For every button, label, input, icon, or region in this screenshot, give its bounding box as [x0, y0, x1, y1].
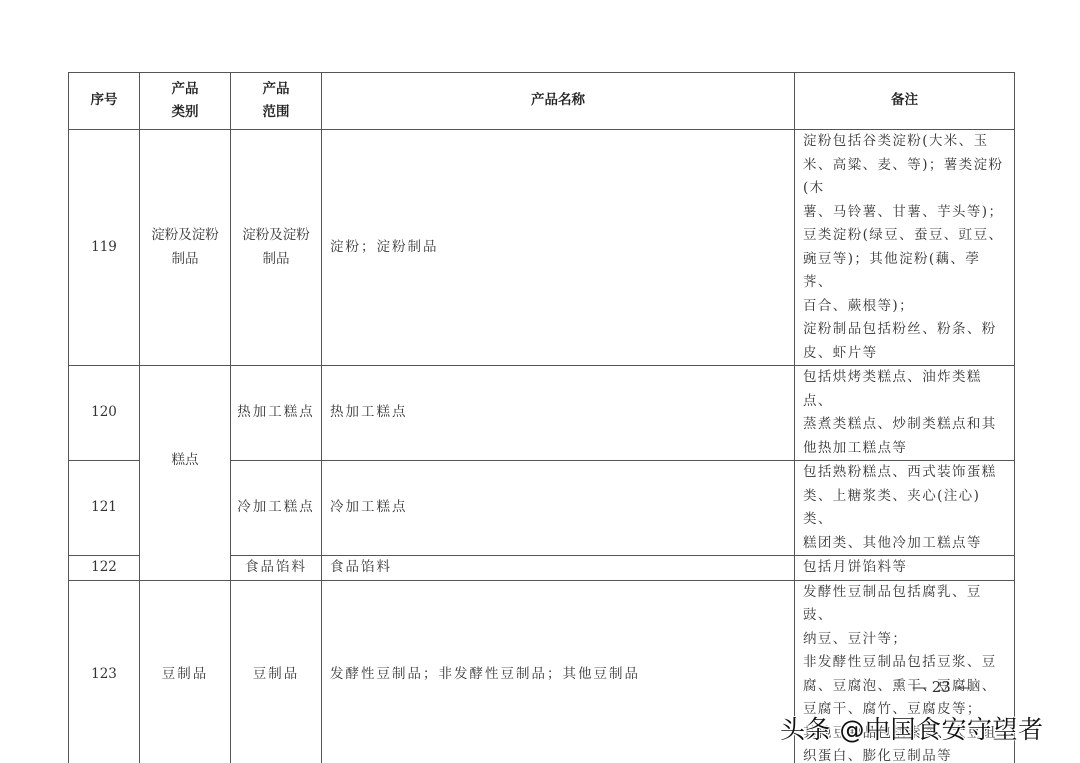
row-scope: 食品馅料 — [231, 556, 322, 581]
row-note: 包括烘烤类糕点、油炸类糕点、 蒸煮类糕点、炒制类糕点和其 他热加工糕点等 — [795, 366, 1015, 461]
row-product-name: 食品馅料 — [322, 556, 795, 581]
row-note: 包括月饼馅料等 — [795, 556, 1015, 581]
row-scope: 豆制品 — [231, 580, 322, 763]
header-seq: 序号 — [69, 73, 140, 130]
row-seq: 123 — [69, 580, 140, 763]
row-product-name: 冷加工糕点 — [322, 461, 795, 556]
table-header-row: 序号 产品 类别 产品 范围 产品名称 备注 — [69, 73, 1015, 130]
row-scope: 热加工糕点 — [231, 366, 322, 461]
row-note: 淀粉包括谷类淀粉(大米、玉 米、高粱、麦、等)；薯类淀粉(木 薯、马铃薯、甘薯、… — [795, 130, 1015, 366]
row-product-name: 发酵性豆制品；非发酵性豆制品；其他豆制品 — [322, 580, 795, 763]
header-category: 产品 类别 — [140, 73, 231, 130]
row-note: 包括熟粉糕点、西式装饰蛋糕 类、上糖浆类、夹心(注心)类、 糕团类、其他冷加工糕… — [795, 461, 1015, 556]
header-note: 备注 — [795, 73, 1015, 130]
row-product-name: 热加工糕点 — [322, 366, 795, 461]
row-seq: 121 — [69, 461, 140, 556]
row-scope: 淀粉及淀粉 制品 — [231, 130, 322, 366]
header-product-name: 产品名称 — [322, 73, 795, 130]
row-category-merged: 糕点 — [140, 366, 231, 581]
row-seq: 122 — [69, 556, 140, 581]
watermark-text: 头条 @中国食安守望者 — [780, 710, 1043, 746]
row-seq: 120 — [69, 366, 140, 461]
product-catalog-table: 序号 产品 类别 产品 范围 产品名称 备注 119 淀粉及淀粉 制品 淀粉及淀… — [68, 72, 1015, 763]
row-product-name: 淀粉；淀粉制品 — [322, 130, 795, 366]
row-category: 豆制品 — [140, 580, 231, 763]
page-number: — 23 — — [912, 678, 971, 696]
row-seq: 119 — [69, 130, 140, 366]
table-row: 119 淀粉及淀粉 制品 淀粉及淀粉 制品 淀粉；淀粉制品 淀粉包括谷类淀粉(大… — [69, 130, 1015, 366]
table-row: 120 糕点 热加工糕点 热加工糕点 包括烘烤类糕点、油炸类糕点、 蒸煮类糕点、… — [69, 366, 1015, 461]
header-scope: 产品 范围 — [231, 73, 322, 130]
row-scope: 冷加工糕点 — [231, 461, 322, 556]
row-category: 淀粉及淀粉 制品 — [140, 130, 231, 366]
